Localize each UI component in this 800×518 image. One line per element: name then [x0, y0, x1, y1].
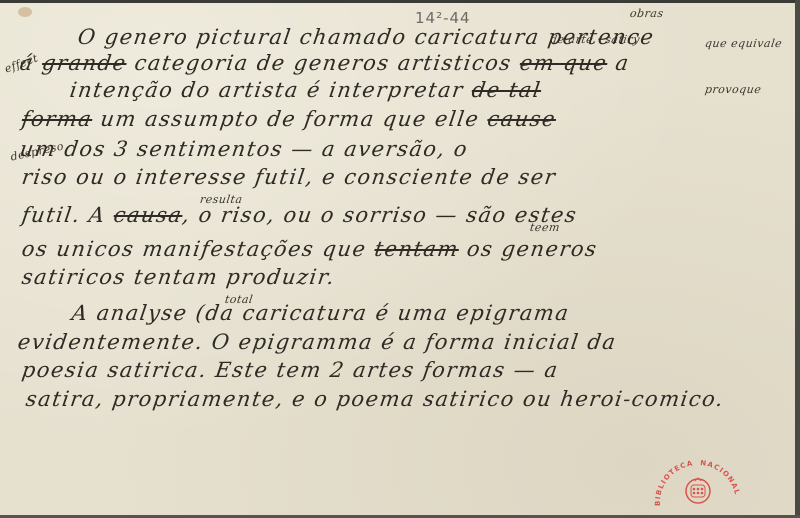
- svg-text:BIBLIOTECA: BIBLIOTECA: [654, 459, 694, 506]
- library-seal-icon: BIBLIOTECA NACIONAL: [648, 451, 748, 511]
- manuscript-line-6: riso ou o interesse futil, e consciente …: [20, 165, 558, 189]
- manuscript-line-8: os unicos manifestações que tentam os ge…: [20, 237, 599, 261]
- svg-text:NACIONAL: NACIONAL: [700, 459, 742, 496]
- manuscript-line-9: satiricos tentam produzir.: [20, 265, 337, 289]
- manuscript-page: 14²-44 obras de arte · satiry que equiva…: [0, 3, 795, 515]
- manuscript-line-10: A analyse (da caricatura é uma epigrama: [70, 301, 571, 325]
- biblioteca-nacional-stamp: BIBLIOTECA NACIONAL: [648, 451, 748, 511]
- manuscript-line-4: forma um assumpto de forma que elle caus…: [20, 107, 557, 131]
- insertion-obras: obras: [629, 7, 664, 20]
- insertion-provoque: provoque: [704, 83, 762, 96]
- manuscript-line-3: intenção do artista é interpretar de tal: [68, 78, 543, 102]
- manuscript-line-5: um dos 3 sentimentos — a aversão, o: [18, 137, 470, 161]
- manuscript-line-7: futil. A causa, o riso, ou o sorriso — s…: [20, 203, 579, 227]
- manuscript-line-13: satira, propriamente, e o poema satirico…: [24, 387, 726, 411]
- scan-right-border: [795, 0, 800, 518]
- manuscript-line-1: O genero pictural chamado caricatura per…: [76, 25, 656, 49]
- manuscript-line-11: evidentemente. O epigramma é a forma ini…: [16, 330, 618, 354]
- manuscript-line-12: poesia satirica. Este tem 2 artes formas…: [20, 358, 560, 382]
- manuscript-line-2: á grande categoria de generos artisticos…: [18, 51, 631, 75]
- paper-stain: [18, 7, 32, 17]
- insertion-que-equivale: que equivale: [704, 37, 783, 50]
